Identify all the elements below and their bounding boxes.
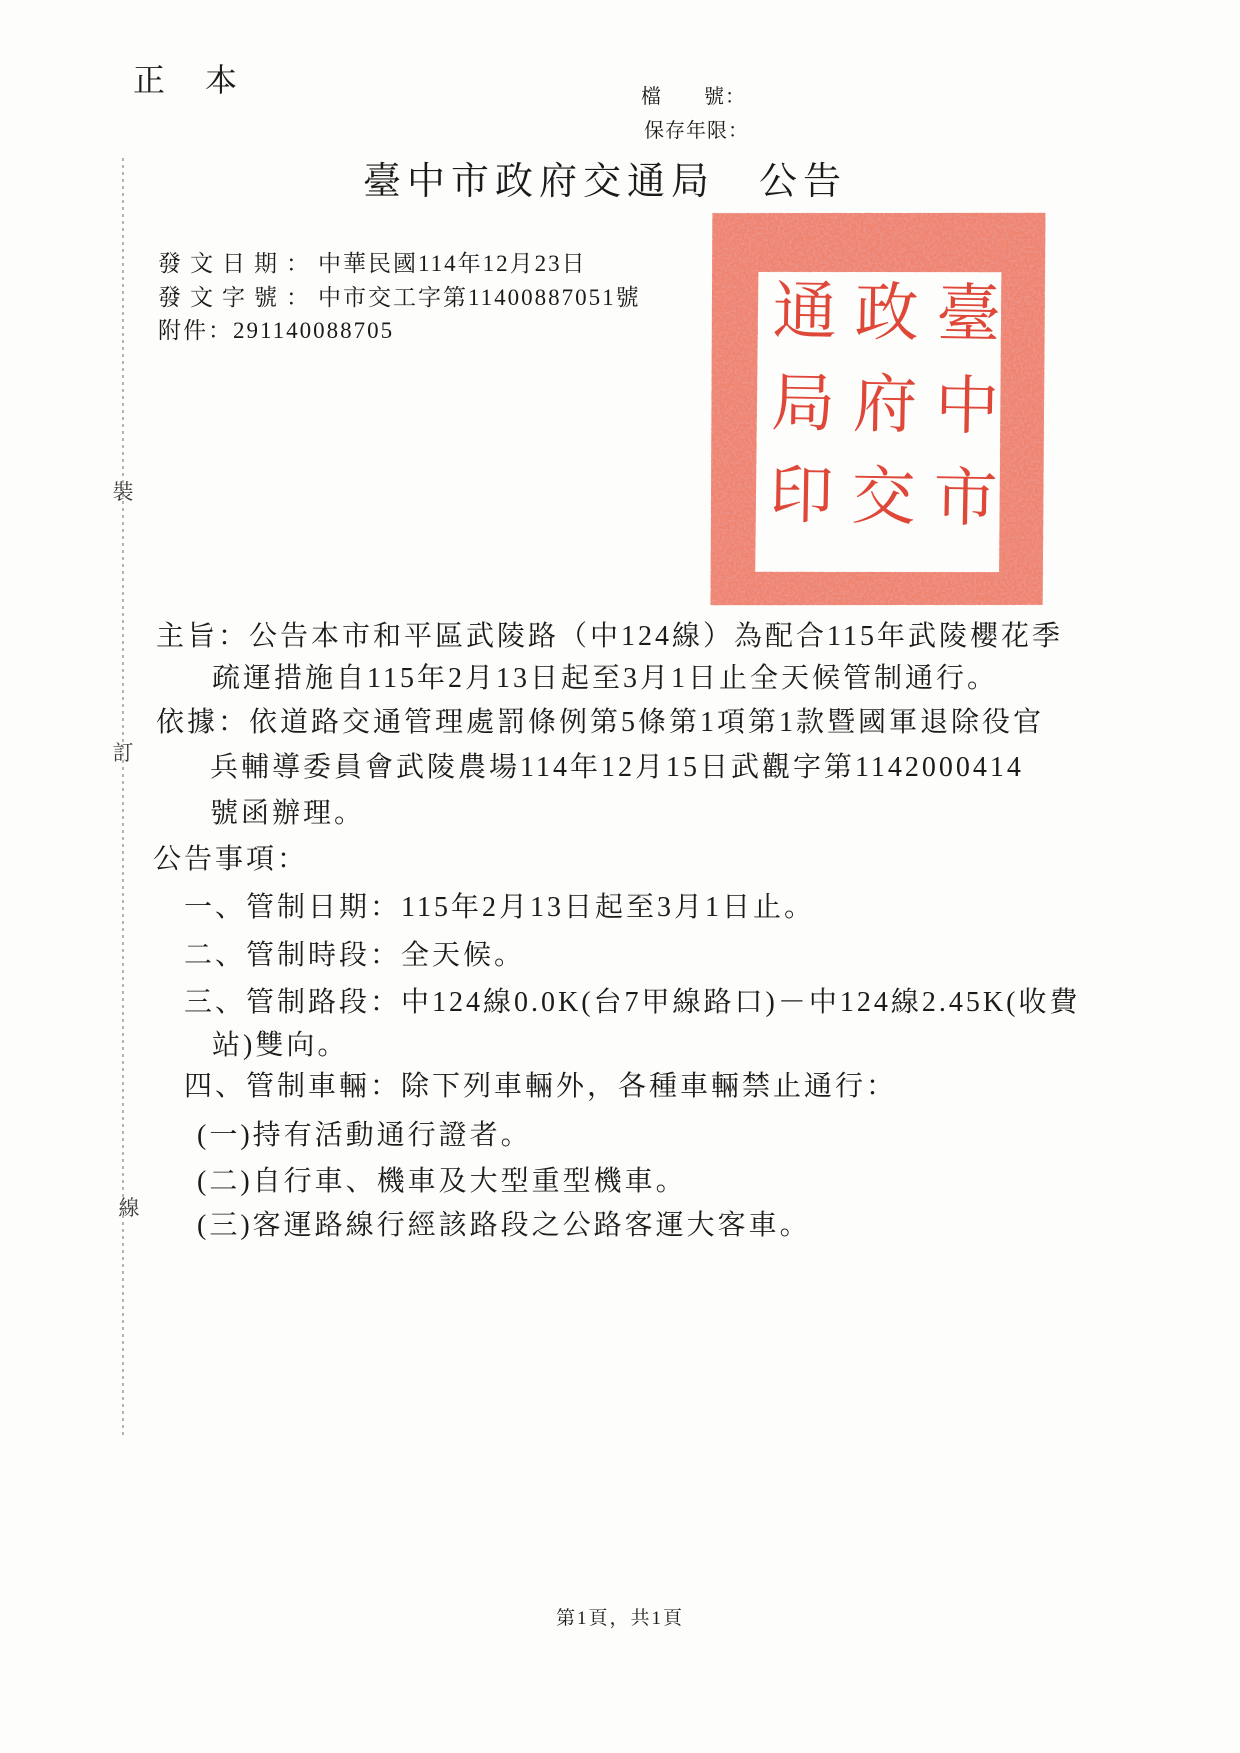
subject-line-2: 疏運措施自115年2月13日起至3月1日止全天候管制通行。 bbox=[212, 659, 998, 699]
item-2: 二、管制時段：全天候。 bbox=[184, 936, 525, 976]
subject-label: 主旨： bbox=[156, 621, 249, 652]
item-4-sub-2: (二)自行車、機車及大型重型機車。 bbox=[197, 1162, 687, 1202]
binding-dotted-line bbox=[122, 158, 124, 1438]
attachment-row: 附件：291140088705 bbox=[158, 312, 394, 345]
attachment-label: 附件： bbox=[158, 318, 233, 343]
basis-line-3: 號函辦理。 bbox=[210, 794, 365, 834]
file-number-label: 檔 號： bbox=[641, 80, 746, 109]
document-title: 臺中市政府交通局 公告 bbox=[363, 150, 847, 205]
basis-line-2: 兵輔導委員會武陵農場114年12月15日武觀字第1142000414 bbox=[210, 748, 1024, 788]
issue-date-value: 中華民國114年12月23日 bbox=[318, 251, 587, 276]
copy-type-label: 正 本 bbox=[133, 55, 241, 101]
items-header: 公告事項： bbox=[153, 840, 308, 880]
seal-column-right: 臺中市 bbox=[917, 271, 1004, 574]
attachment-value: 291140088705 bbox=[233, 318, 394, 343]
item-4: 四、管制車輛：除下列車輛外，各種車輛禁止通行： bbox=[184, 1067, 897, 1107]
subject-text-1: 公告本市和平區武陵路（中124線）為配合115年武陵櫻花季 bbox=[249, 621, 1063, 652]
seal-column-left: 通局印 bbox=[753, 268, 840, 571]
item-1: 一、管制日期：115年2月13日起至3月1日止。 bbox=[184, 888, 815, 928]
issue-date-row: 發文日期：中華民國114年12月23日 bbox=[158, 245, 587, 278]
official-seal: 臺中市 政府交 通局印 bbox=[703, 205, 1052, 613]
binding-mark-zhuang: 裝 bbox=[107, 476, 139, 506]
page-number: 第1頁，共1頁 bbox=[0, 1603, 1240, 1630]
item-4-sub-3: (三)客運路線行經該路段之公路客運大客車。 bbox=[197, 1206, 811, 1246]
seal-column-middle: 政府交 bbox=[835, 269, 922, 572]
basis-line-1: 依據：依道路交通管理處罰條例第5條第1項第1款暨國軍退除役官 bbox=[156, 703, 1044, 743]
retention-period-label: 保存年限： bbox=[644, 114, 749, 143]
doc-number-label: 發文字號： bbox=[158, 285, 318, 310]
subject-line-1: 主旨：公告本市和平區武陵路（中124線）為配合115年武陵櫻花季 bbox=[156, 617, 1063, 657]
binding-mark-ding: 訂 bbox=[107, 737, 139, 767]
item-3-line-1: 三、管制路段：中124線0.0K(台7甲線路口)－中124線2.45K(收費 bbox=[184, 983, 1080, 1023]
basis-label: 依據： bbox=[156, 707, 249, 738]
binding-mark-xian: 線 bbox=[113, 1192, 145, 1222]
basis-text-1: 依道路交通管理處罰條例第5條第1項第1款暨國軍退除役官 bbox=[249, 707, 1044, 738]
item-4-sub-1: (一)持有活動通行證者。 bbox=[197, 1116, 532, 1156]
item-3-line-2: 站)雙向。 bbox=[212, 1026, 348, 1066]
issue-date-label: 發文日期： bbox=[158, 251, 318, 276]
doc-number-row: 發文字號：中市交工字第11400887051號 bbox=[158, 279, 641, 312]
announcement-document: 正 本 檔 號： 保存年限： 臺中市政府交通局 公告 發文日期：中華民國114年… bbox=[0, 0, 1240, 1753]
doc-number-value: 中市交工字第11400887051號 bbox=[318, 285, 641, 310]
seal-text: 臺中市 政府交 通局印 bbox=[753, 268, 1004, 574]
